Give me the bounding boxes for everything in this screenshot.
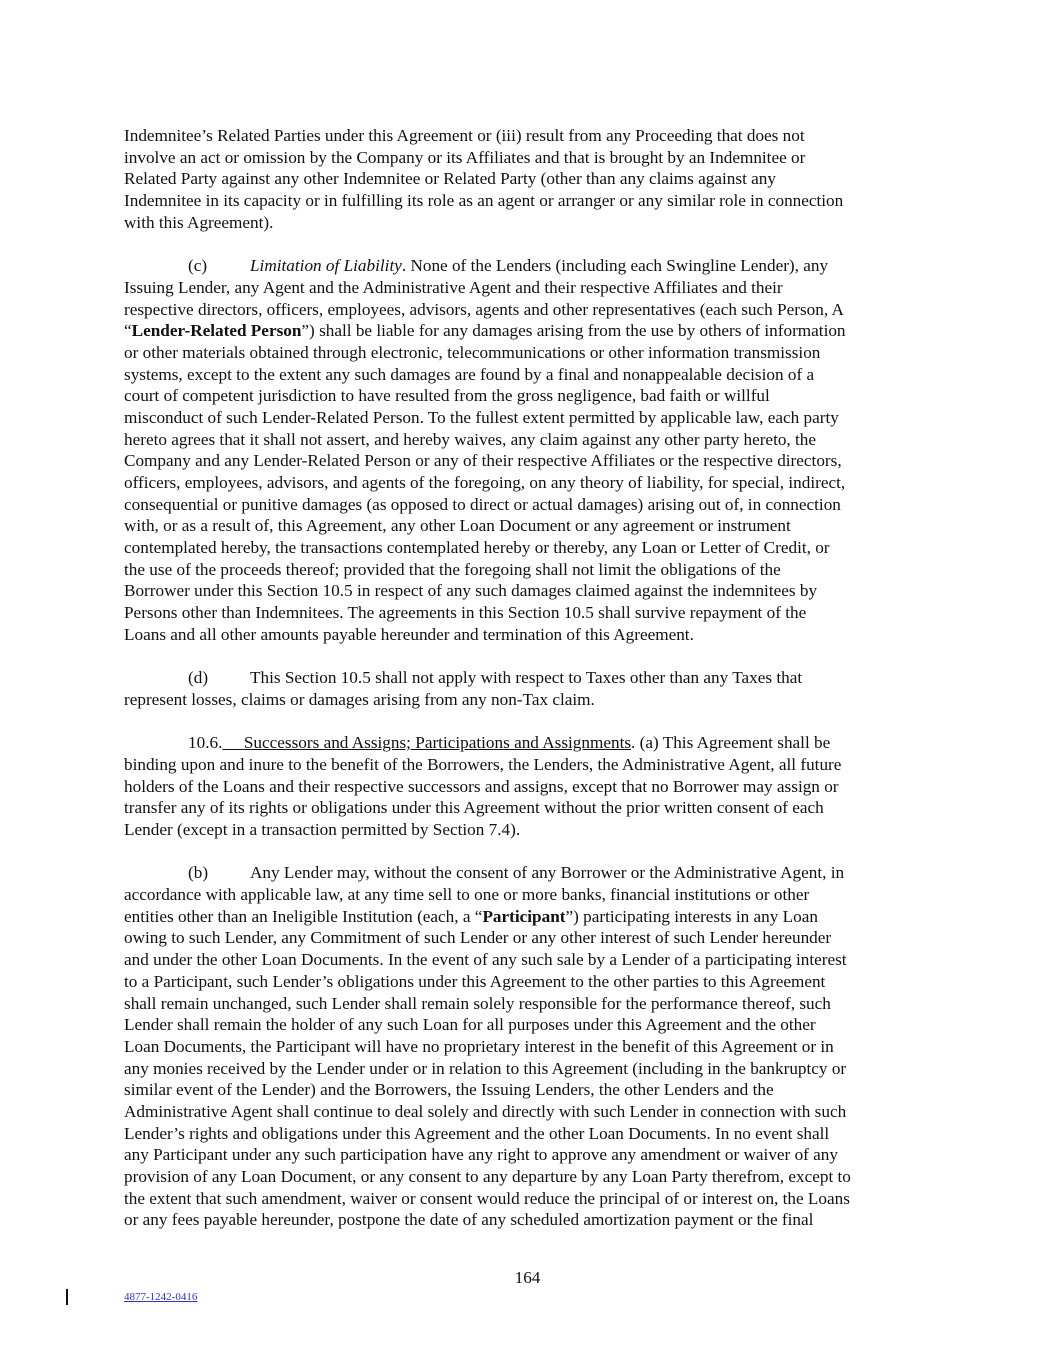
text-line: respective directors, officers, employee… xyxy=(124,299,930,321)
text-line: Lender (except in a transaction permitte… xyxy=(124,819,930,841)
text-line: with, or as a result of, this Agreement,… xyxy=(124,515,930,537)
text-line: contemplated hereby, the transactions co… xyxy=(124,537,930,559)
text-line: officers, employees, advisors, and agent… xyxy=(124,472,930,494)
text-line: binding upon and inure to the benefit of… xyxy=(124,754,930,776)
text-line: represent losses, claims or damages aris… xyxy=(124,689,930,711)
text-line: or other materials obtained through elec… xyxy=(124,342,930,364)
text-line: any Participant under any such participa… xyxy=(124,1144,930,1166)
text-line: hereto agrees that it shall not assert, … xyxy=(124,429,930,451)
text-line: misconduct of such Lender-Related Person… xyxy=(124,407,930,429)
text-line: Loan Documents, the Participant will hav… xyxy=(124,1036,930,1058)
page-number: 164 xyxy=(0,1268,1055,1288)
text-span: . None of the Lenders (including each Sw… xyxy=(402,256,828,275)
text-line: owing to such Lender, any Commitment of … xyxy=(124,927,930,949)
document-id-link[interactable]: 4877-1242-0416 xyxy=(124,1291,197,1303)
text-line: Related Party against any other Indemnit… xyxy=(124,168,930,190)
section-number: 10.6. xyxy=(188,733,222,752)
text-line: shall remain unchanged, such Lender shal… xyxy=(124,993,930,1015)
defined-term: Lender-Related Person xyxy=(132,321,302,340)
text-span: ”) shall be liable for any damages arisi… xyxy=(301,321,845,340)
paragraph-heading: Limitation of Liability xyxy=(250,256,402,275)
paragraph-intro: Indemnitee’s Related Parties under this … xyxy=(124,125,930,233)
text-line: the use of the proceeds thereof; provide… xyxy=(124,559,930,581)
text-line: Indemnitee in its capacity or in fulfill… xyxy=(124,190,930,212)
paragraph-label: (b) xyxy=(188,862,250,884)
text-line: court of competent jurisdiction to have … xyxy=(124,385,930,407)
text-span: This Section 10.5 shall not apply with r… xyxy=(250,668,802,687)
text-line: holders of the Loans and their respectiv… xyxy=(124,776,930,798)
text-line: accordance with applicable law, at any t… xyxy=(124,884,930,906)
text-line: Loans and all other amounts payable here… xyxy=(124,624,930,646)
text-line: Indemnitee’s Related Parties under this … xyxy=(124,125,930,147)
text-span: “ xyxy=(124,321,132,340)
text-line: Persons other than Indemnitees. The agre… xyxy=(124,602,930,624)
text-line: and under the other Loan Documents. In t… xyxy=(124,949,930,971)
section-heading-spacer xyxy=(222,733,243,752)
section-heading: Successors and Assigns; Participations a… xyxy=(244,733,631,752)
text-span: entities other than an Ineligible Instit… xyxy=(124,907,482,926)
paragraph-label: (c) xyxy=(188,255,250,277)
text-line: Issuing Lender, any Agent and the Admini… xyxy=(124,277,930,299)
text-line: systems, except to the extent any such d… xyxy=(124,364,930,386)
paragraph-c-limitation-of-liability: (c)Limitation of Liability. None of the … xyxy=(124,255,930,645)
document-page: Indemnitee’s Related Parties under this … xyxy=(124,125,930,1231)
paragraph-label: (d) xyxy=(188,667,250,689)
text-line: transfer any of its rights or obligation… xyxy=(124,797,930,819)
text-line: Lender shall remain the holder of any su… xyxy=(124,1014,930,1036)
text-line: to a Participant, such Lender’s obligati… xyxy=(124,971,930,993)
text-line: provision of any Loan Document, or any c… xyxy=(124,1166,930,1188)
text-line: or any fees payable hereunder, postpone … xyxy=(124,1209,930,1231)
text-line: with this Agreement). xyxy=(124,212,930,234)
change-bar xyxy=(66,1289,68,1305)
paragraph-d: (d)This Section 10.5 shall not apply wit… xyxy=(124,667,930,710)
text-line: consequential or punitive damages (as op… xyxy=(124,494,930,516)
text-line: any monies received by the Lender under … xyxy=(124,1058,930,1080)
text-span: . (a) This Agreement shall be xyxy=(631,733,830,752)
text-line: Administrative Agent shall continue to d… xyxy=(124,1101,930,1123)
text-line: involve an act or omission by the Compan… xyxy=(124,147,930,169)
text-line: Company and any Lender-Related Person or… xyxy=(124,450,930,472)
text-line: similar event of the Lender) and the Bor… xyxy=(124,1079,930,1101)
text-line: Lender’s rights and obligations under th… xyxy=(124,1123,930,1145)
text-span: ”) participating interests in any Loan xyxy=(566,907,818,926)
section-10-6: 10.6. Successors and Assigns; Participat… xyxy=(124,732,930,840)
defined-term: Participant xyxy=(482,907,565,926)
text-span: Any Lender may, without the consent of a… xyxy=(250,863,844,882)
paragraph-b: (b)Any Lender may, without the consent o… xyxy=(124,862,930,1231)
text-line: Borrower under this Section 10.5 in resp… xyxy=(124,580,930,602)
text-line: the extent that such amendment, waiver o… xyxy=(124,1188,930,1210)
